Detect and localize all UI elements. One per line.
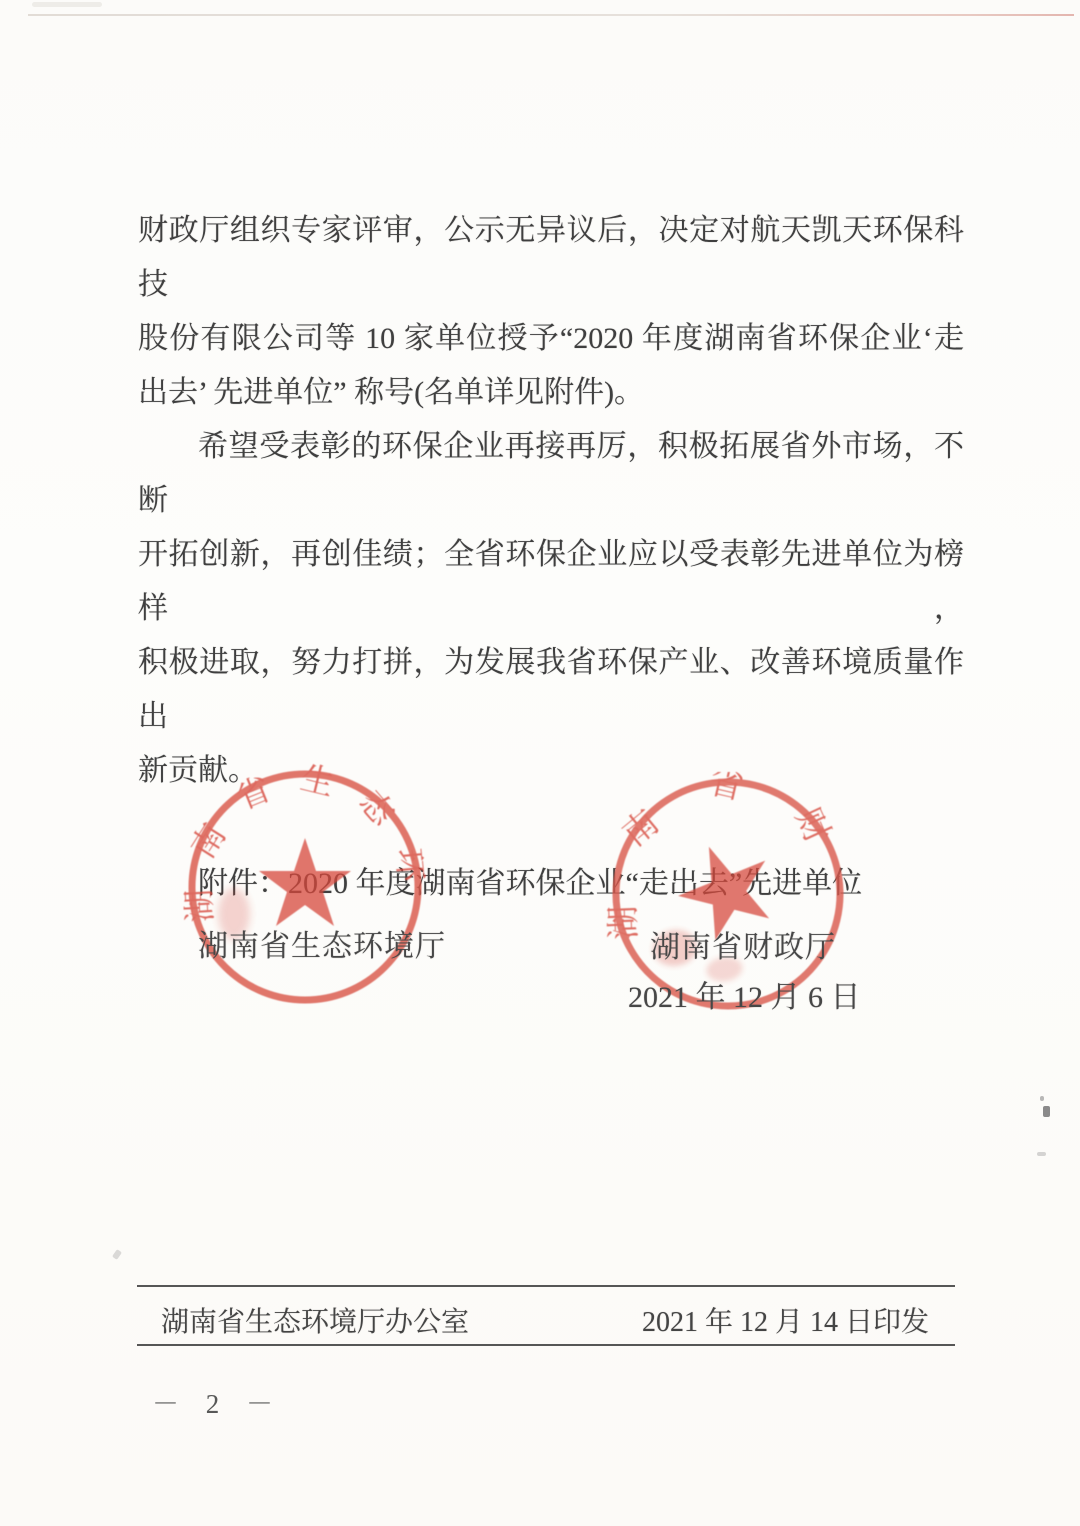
footer-print-date: 2021 年 12 月 14 日印发	[642, 1300, 955, 1340]
body-line: 开拓创新，再创佳绩；全省环保企业应以受表彰先进单位为榜样，	[138, 528, 964, 636]
body-line: 出去’ 先进单位” 称号(名单详见附件)。	[138, 366, 964, 420]
signature-date: 2021 年 12 月 6 日	[628, 972, 861, 1016]
scan-artifact-line	[28, 14, 1074, 16]
body-line: 积极进取，努力打拼，为发展我省环保产业、改善环境质量作出	[138, 636, 964, 744]
body-line: 希望受表彰的环保企业再接再厉，积极拓展省外市场，不断	[138, 420, 964, 528]
footer-issuing-office: 湖南省生态环境厅办公室	[137, 1300, 469, 1340]
star-icon	[259, 838, 351, 926]
signature-org-environment: 湖南省生态环境厅	[198, 921, 446, 965]
scan-speck	[1037, 1152, 1046, 1156]
scanned-document-page: 财政厅组织专家评审，公示无异议后，决定对航天凯天环保科技 股份有限公司等 10 …	[0, 0, 1080, 1526]
official-seal-environment: 湖南省生态环境厅	[182, 764, 428, 1010]
scan-artifact-smudge	[32, 2, 102, 7]
scan-speck	[1043, 1106, 1050, 1117]
body-line: 财政厅组织专家评审，公示无异议后，决定对航天凯天环保科技	[138, 204, 964, 312]
footer: 湖南省生态环境厅办公室 2021 年 12 月 14 日印发	[137, 1297, 955, 1343]
footer-rule-top	[137, 1285, 955, 1287]
signature-org-finance: 湖南省财政厅	[650, 922, 836, 966]
scan-speck	[1040, 1096, 1044, 1101]
footer-rule-bottom	[137, 1344, 955, 1346]
page-number: － 2 －	[152, 1382, 283, 1421]
scan-speck	[112, 1249, 122, 1260]
body-line: 股份有限公司等 10 家单位授予“2020 年度湖南省环保企业‘走	[138, 312, 964, 366]
